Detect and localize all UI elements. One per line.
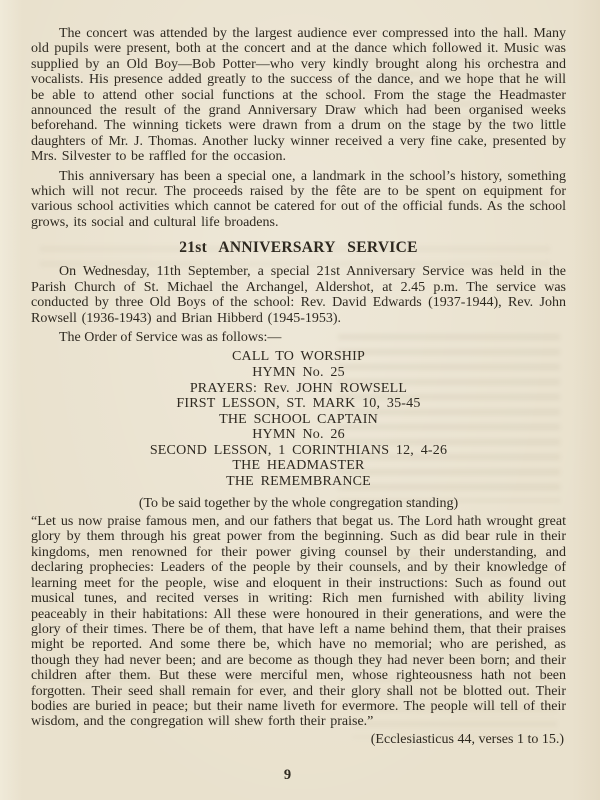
- order-of-service-line: THE HEADMASTER: [31, 458, 566, 474]
- order-of-service-line: THE REMEMBRANCE: [31, 474, 566, 490]
- section-heading-anniversary-service: 21st ANNIVERSARY SERVICE: [31, 239, 566, 257]
- quote-attribution: (Ecclesiasticus 44, verses 1 to 15.): [31, 732, 564, 747]
- order-of-service-list: CALL TO WORSHIPHYMN No. 25PRAYERS: Rev. …: [31, 349, 566, 489]
- order-of-service-line: HYMN No. 26: [31, 427, 566, 443]
- paragraph-concert: The concert was attended by the largest …: [31, 26, 566, 165]
- order-of-service-intro: The Order of Service was as follows:—: [31, 330, 566, 345]
- order-of-service-line: SECOND LESSON, 1 CORINTHIANS 12, 4-26: [31, 443, 566, 459]
- congregation-note: (To be said together by the whole congre…: [31, 496, 566, 511]
- order-of-service-line: FIRST LESSON, ST. MARK 10, 35-45: [31, 396, 566, 412]
- order-of-service-line: HYMN No. 25: [31, 365, 566, 381]
- order-of-service-line: CALL TO WORSHIP: [31, 349, 566, 365]
- order-of-service-line: THE SCHOOL CAPTAIN: [31, 412, 566, 428]
- order-of-service-line: PRAYERS: Rev. JOHN ROWSELL: [31, 381, 566, 397]
- page-number: 9: [0, 767, 575, 784]
- magazine-page: The concert was attended by the largest …: [0, 0, 600, 800]
- remembrance-quote: “Let us now praise famous men, and our f…: [31, 514, 566, 730]
- page-content: The concert was attended by the largest …: [31, 26, 566, 747]
- paragraph-anniversary-special: This anniversary has been a special one,…: [31, 169, 566, 231]
- paragraph-service-details: On Wednesday, 11th September, a special …: [31, 264, 566, 326]
